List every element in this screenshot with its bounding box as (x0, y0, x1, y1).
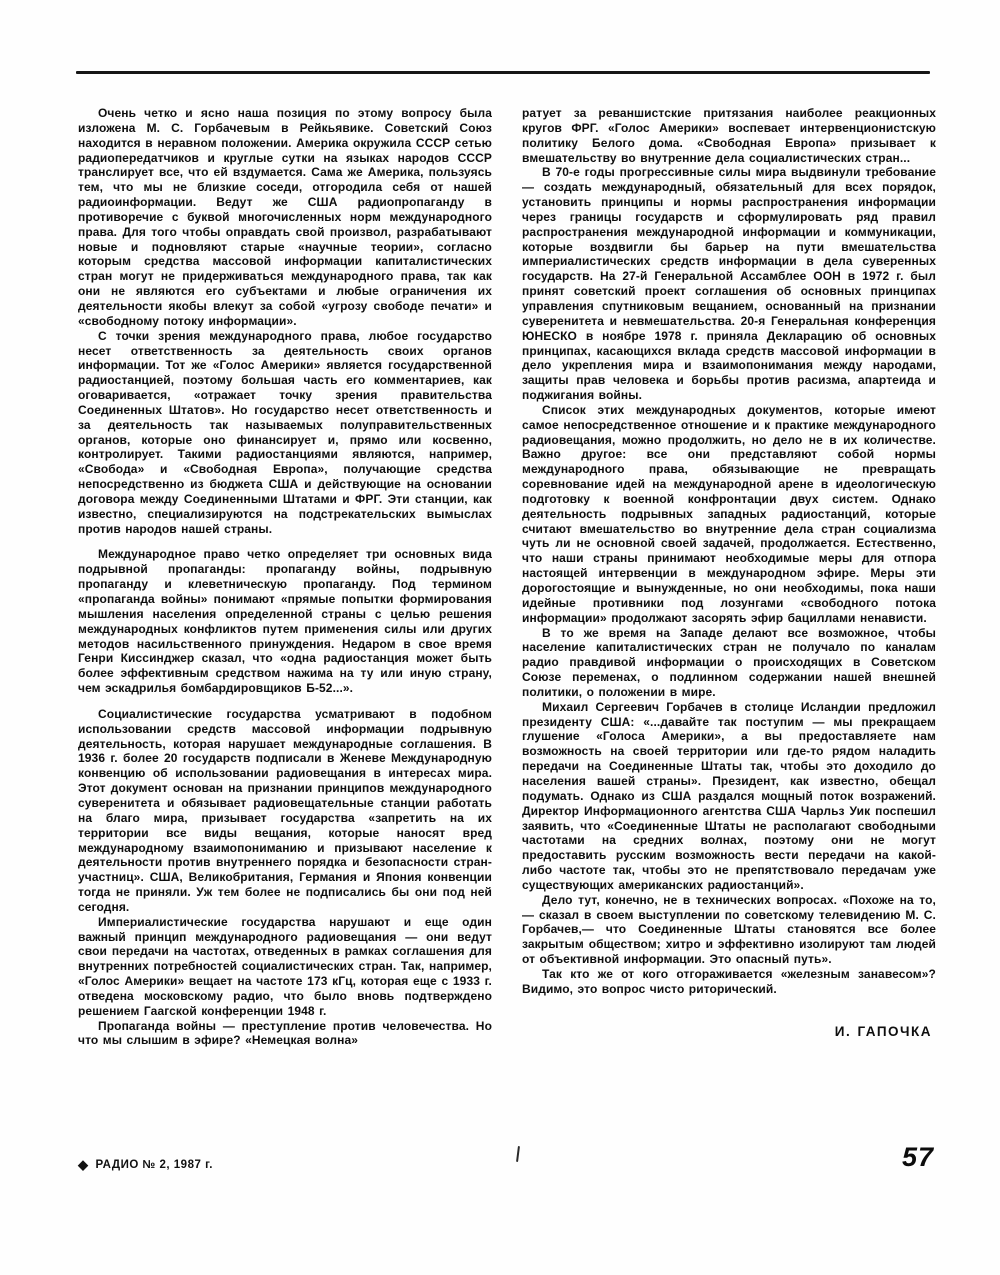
paragraph: Социалистические государства усматривают… (78, 707, 492, 915)
left-column: Очень четко и ясно наша позиция по этому… (78, 106, 492, 1048)
paragraph: Пропаганда войны — преступление против ч… (78, 1019, 492, 1049)
paragraph: Дело тут, конечно, не в технических вопр… (522, 893, 936, 967)
paragraph: В 70-е годы прогрессивные силы мира выдв… (522, 165, 936, 403)
paragraph: Михаил Сергеевич Горбачев в столице Исла… (522, 700, 936, 893)
paragraph: Очень четко и ясно наша позиция по этому… (78, 106, 492, 329)
paragraph: ратует за реваншистские притязания наибо… (522, 106, 936, 165)
paragraph: Так кто же от кого отгораживается «желез… (522, 967, 936, 997)
article-body: Очень четко и ясно наша позиция по этому… (78, 106, 936, 1048)
author-signature: И. ГАПОЧКА (522, 1025, 936, 1040)
paragraph: Империалистические государства нарушают … (78, 915, 492, 1019)
top-divider-rule (76, 71, 930, 74)
footer-magazine-label: РАДИО № 2, 1987 г. (96, 1159, 213, 1171)
page-number: 57 (902, 1142, 934, 1173)
scan-artifact-mark (516, 1146, 520, 1162)
diamond-icon: ◆ (78, 1158, 89, 1171)
footer-magazine-info: ◆ РАДИО № 2, 1987 г. (78, 1158, 213, 1171)
paragraph: В то же время на Западе делают все возмо… (522, 626, 936, 700)
paragraph: Международное право четко определяет три… (78, 547, 492, 695)
right-column: ратует за реваншистские притязания наибо… (522, 106, 936, 1048)
paragraph: С точки зрения международного права, люб… (78, 329, 492, 537)
paragraph: Список этих международных документов, ко… (522, 403, 936, 626)
magazine-page: Очень четко и ясно наша позиция по этому… (0, 0, 1000, 1275)
